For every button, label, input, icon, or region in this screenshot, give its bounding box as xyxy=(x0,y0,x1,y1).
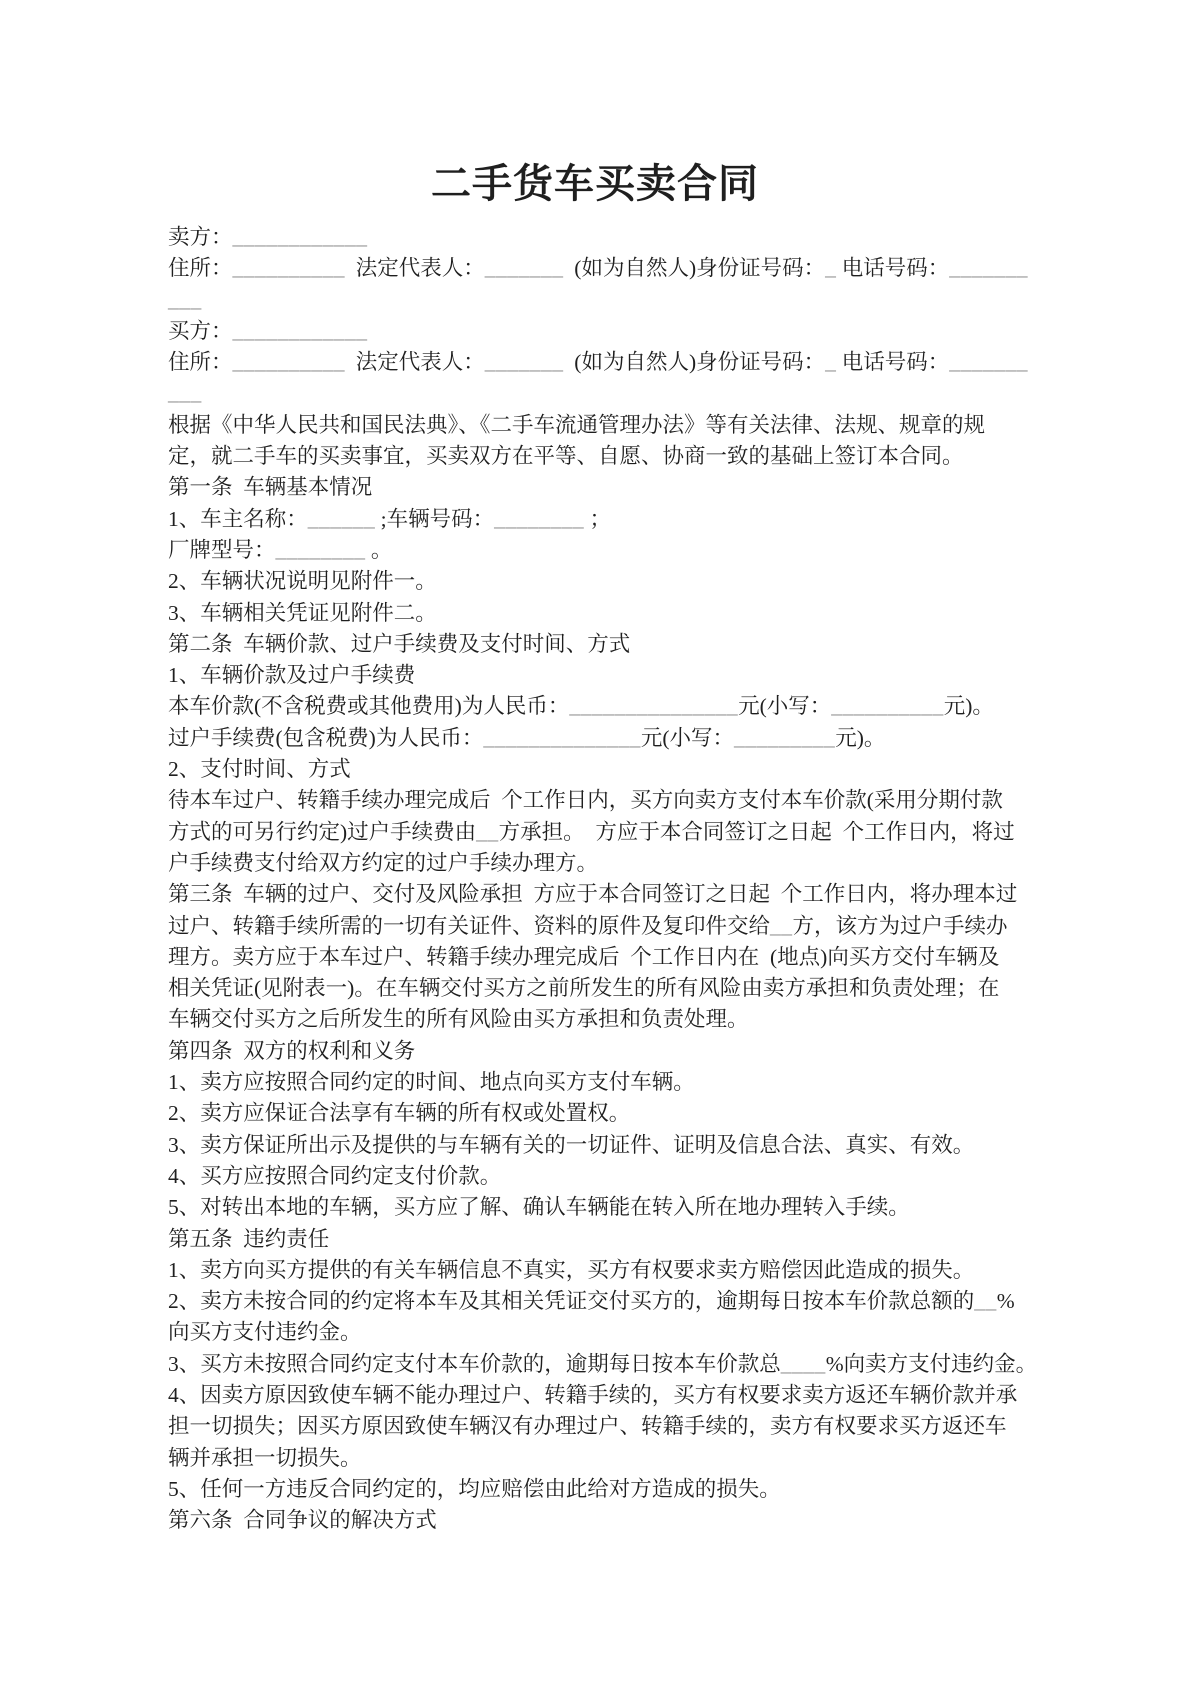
contract-line: 第六条 合同争议的解决方式 xyxy=(168,1505,1068,1536)
text-segment: 电话号码： xyxy=(836,350,949,374)
contract-line: 5、任何一方违反合同约定的，均应赔偿由此给对方造成的损失。 xyxy=(168,1474,1068,1505)
text-segment: 3、卖方保证所出示及提供的与车辆有关的一切证件、证明及信息合法、真实、有效。 xyxy=(168,1133,974,1157)
text-segment: 第三条 车辆的过户、交付及风险承担 方应于本合同签订之日起 个工作日内，将办理本… xyxy=(168,882,1017,906)
contract-line: 第四条 双方的权利和义务 xyxy=(168,1036,1068,1067)
text-segment: 第六条 合同争议的解决方式 xyxy=(168,1508,437,1532)
fill-in-blank: ____________ xyxy=(233,225,368,249)
contract-line: 理方。卖方应于本车过户、转籍手续办理完成后 个工作日内在 (地点)向买方交付车辆… xyxy=(168,942,1068,973)
contract-line: ___ xyxy=(168,378,1068,409)
text-segment: (如为自然人)身份证号码： xyxy=(564,256,826,280)
contract-line: 过户手续费(包含税费)为人民币：______________元(小写：_____… xyxy=(168,723,1068,754)
text-segment: ;车辆号码： xyxy=(375,507,494,531)
contract-line: 住所：__________ 法定代表人：_______ (如为自然人)身份证号码… xyxy=(168,347,1068,378)
contract-line: 1、车主名称：______ ;车辆号码：________ ； xyxy=(168,504,1068,535)
contract-line: 第二条 车辆价款、过户手续费及支付时间、方式 xyxy=(168,629,1068,660)
fill-in-blank: __________ xyxy=(233,256,346,280)
text-segment: (如为自然人)身份证号码： xyxy=(564,350,826,374)
text-segment: 3、买方未按照合同约定支付本车价款的，逾期每日按本车价款总 xyxy=(168,1352,781,1376)
text-segment: 元(小写： xyxy=(641,726,734,750)
contract-line: 第三条 车辆的过户、交付及风险承担 方应于本合同签订之日起 个工作日内，将办理本… xyxy=(168,879,1068,910)
text-segment: 第二条 车辆价款、过户手续费及支付时间、方式 xyxy=(168,632,630,656)
fill-in-blank: __ xyxy=(974,1289,997,1313)
contract-line: 5、对转出本地的车辆，买方应了解、确认车辆能在转入所在地办理转入手续。 xyxy=(168,1192,1068,1223)
text-segment: 2、车辆状况说明见附件一。 xyxy=(168,569,437,593)
text-segment: 法定代表人： xyxy=(345,350,485,374)
document-body: 卖方：____________住所：__________ 法定代表人：_____… xyxy=(168,222,1068,1536)
text-segment: 电话号码： xyxy=(836,256,949,280)
text-segment: 5、对转出本地的车辆，买方应了解、确认车辆能在转入所在地办理转入手续。 xyxy=(168,1195,910,1219)
fill-in-blank: __________ xyxy=(233,350,346,374)
text-segment: 过户手续费(包含税费)为人民币： xyxy=(168,726,483,750)
fill-in-blank: _________ xyxy=(734,726,835,750)
fill-in-blank: __________ xyxy=(831,694,944,718)
text-segment: 买方： xyxy=(168,319,233,343)
fill-in-blank: ________ xyxy=(494,507,584,531)
fill-in-blank: _______________ xyxy=(569,694,738,718)
fill-in-blank: ______________ xyxy=(483,726,641,750)
fill-in-blank: __ xyxy=(770,914,793,938)
text-segment: 方，该方为过户手续办 xyxy=(793,914,1008,938)
contract-line: 定，就二手车的买卖事宜，买卖双方在平等、自愿、协商一致的基础上签订本合同。 xyxy=(168,441,1068,472)
text-segment: 1、车主名称： xyxy=(168,507,308,531)
contract-line: 第一条 车辆基本情况 xyxy=(168,472,1068,503)
text-segment: 5、任何一方违反合同约定的，均应赔偿由此给对方造成的损失。 xyxy=(168,1477,781,1501)
text-segment: 住所： xyxy=(168,350,233,374)
contract-line: 2、支付时间、方式 xyxy=(168,754,1068,785)
text-segment: 元)。 xyxy=(835,726,885,750)
contract-line: 第五条 违约责任 xyxy=(168,1224,1068,1255)
text-segment: 4、因卖方原因致使车辆不能办理过户、转籍手续的，买方有权要求卖方返还车辆价款并承 xyxy=(168,1383,1017,1407)
contract-line: ___ xyxy=(168,285,1068,316)
contract-line: 卖方：____________ xyxy=(168,222,1068,253)
text-segment: 过户、转籍手续所需的一切有关证件、资料的原件及复印件交给 xyxy=(168,914,770,938)
fill-in-blank: _______ xyxy=(485,350,564,374)
text-segment: 2、卖方应保证合法享有车辆的所有权或处置权。 xyxy=(168,1101,630,1125)
text-segment: 1、卖方应按照合同约定的时间、地点向买方支付车辆。 xyxy=(168,1070,695,1094)
text-segment: 法定代表人： xyxy=(345,256,485,280)
text-segment: % xyxy=(997,1289,1015,1313)
contract-line: 根据《中华人民共和国民法典》、《二手车流通管理办法》等有关法律、法规、规章的规 xyxy=(168,410,1068,441)
contract-line: 2、车辆状况说明见附件一。 xyxy=(168,566,1068,597)
text-segment: %向卖方支付违约金。 xyxy=(826,1352,1037,1376)
fill-in-blank: _______ xyxy=(485,256,564,280)
contract-line: 3、卖方保证所出示及提供的与车辆有关的一切证件、证明及信息合法、真实、有效。 xyxy=(168,1130,1068,1161)
text-segment: 厂牌型号： xyxy=(168,538,276,562)
text-segment: 方承担。 方应于本合同签订之日起 个工作日内，将过 xyxy=(499,820,1015,844)
text-segment: 4、买方应按照合同约定支付价款。 xyxy=(168,1164,501,1188)
fill-in-blank: ___ xyxy=(168,288,202,312)
contract-line: 车辆交付买方之后所发生的所有风险由买方承担和负责处理。 xyxy=(168,1004,1068,1035)
contract-line: 1、车辆价款及过户手续费 xyxy=(168,660,1068,691)
fill-in-blank: _ xyxy=(825,256,836,280)
fill-in-blank: ______ xyxy=(308,507,376,531)
text-segment: 元(小写： xyxy=(738,694,831,718)
contract-line: 过户、转籍手续所需的一切有关证件、资料的原件及复印件交给__方，该方为过户手续办 xyxy=(168,911,1068,942)
document-title: 二手货车买卖合同 xyxy=(0,0,1190,208)
text-segment: 元)。 xyxy=(944,694,994,718)
contract-line: 待本车过户、转籍手续办理完成后 个工作日内，买方向卖方支付本车价款(采用分期付款 xyxy=(168,785,1068,816)
text-segment: 2、支付时间、方式 xyxy=(168,757,351,781)
contract-line: 向买方支付违约金。 xyxy=(168,1317,1068,1348)
contract-line: 相关凭证(见附表一)。在车辆交付买方之前所发生的所有风险由卖方承担和负责处理；在 xyxy=(168,973,1068,1004)
contract-line: 3、车辆相关凭证见附件二。 xyxy=(168,598,1068,629)
text-segment: 1、卖方向买方提供的有关车辆信息不真实，买方有权要求卖方赔偿因此造成的损失。 xyxy=(168,1258,974,1282)
contract-line: 4、买方应按照合同约定支付价款。 xyxy=(168,1161,1068,1192)
fill-in-blank: _______ xyxy=(949,350,1028,374)
contract-page: 二手货车买卖合同 卖方：____________住所：__________ 法定… xyxy=(0,0,1190,1683)
text-segment: 第四条 双方的权利和义务 xyxy=(168,1039,415,1063)
fill-in-blank: __ xyxy=(476,820,499,844)
contract-line: 厂牌型号：________ 。 xyxy=(168,535,1068,566)
text-segment: 第五条 违约责任 xyxy=(168,1227,329,1251)
contract-line: 方式的可另行约定)过户手续费由__方承担。 方应于本合同签订之日起 个工作日内，… xyxy=(168,817,1068,848)
text-segment: 。 xyxy=(366,538,393,562)
text-segment: 相关凭证(见附表一)。在车辆交付买方之前所发生的所有风险由卖方承担和负责处理；在 xyxy=(168,976,999,1000)
contract-line: 住所：__________ 法定代表人：_______ (如为自然人)身份证号码… xyxy=(168,253,1068,284)
fill-in-blank: _______ xyxy=(949,256,1028,280)
fill-in-blank: ____________ xyxy=(233,319,368,343)
contract-line: 1、卖方应按照合同约定的时间、地点向买方支付车辆。 xyxy=(168,1067,1068,1098)
text-segment: ； xyxy=(584,507,611,531)
text-segment: 向买方支付违约金。 xyxy=(168,1320,362,1344)
contract-line: 本车价款(不含税费或其他费用)为人民币：_______________元(小写：… xyxy=(168,691,1068,722)
contract-line: 2、卖方应保证合法享有车辆的所有权或处置权。 xyxy=(168,1098,1068,1129)
contract-line: 3、买方未按照合同约定支付本车价款的，逾期每日按本车价款总____%向卖方支付违… xyxy=(168,1349,1068,1380)
text-segment: 本车价款(不含税费或其他费用)为人民币： xyxy=(168,694,569,718)
text-segment: 1、车辆价款及过户手续费 xyxy=(168,663,415,687)
text-segment: 理方。卖方应于本车过户、转籍手续办理完成后 个工作日内在 (地点)向买方交付车辆… xyxy=(168,945,999,969)
text-segment: 辆并承担一切损失。 xyxy=(168,1446,362,1470)
text-segment: 3、车辆相关凭证见附件二。 xyxy=(168,601,437,625)
fill-in-blank: ___ xyxy=(168,381,202,405)
text-segment: 卖方： xyxy=(168,225,233,249)
text-segment: 根据《中华人民共和国民法典》、《二手车流通管理办法》等有关法律、法规、规章的规 xyxy=(168,413,985,437)
fill-in-blank: ____ xyxy=(781,1352,826,1376)
text-segment: 车辆交付买方之后所发生的所有风险由买方承担和负责处理。 xyxy=(168,1007,749,1031)
contract-line: 1、卖方向买方提供的有关车辆信息不真实，买方有权要求卖方赔偿因此造成的损失。 xyxy=(168,1255,1068,1286)
text-segment: 担一切损失；因买方原因致使车辆汉有办理过户、转籍手续的，卖方有权要求买方返还车 xyxy=(168,1414,1007,1438)
contract-line: 2、卖方未按合同的约定将本车及其相关凭证交付买方的，逾期每日按本车价款总额的__… xyxy=(168,1286,1068,1317)
fill-in-blank: _ xyxy=(825,350,836,374)
contract-line: 买方：____________ xyxy=(168,316,1068,347)
text-segment: 户手续费支付给双方约定的过户手续办理方。 xyxy=(168,851,598,875)
contract-line: 辆并承担一切损失。 xyxy=(168,1443,1068,1474)
contract-line: 4、因卖方原因致使车辆不能办理过户、转籍手续的，买方有权要求卖方返还车辆价款并承 xyxy=(168,1380,1068,1411)
text-segment: 方式的可另行约定)过户手续费由 xyxy=(168,820,476,844)
contract-line: 户手续费支付给双方约定的过户手续办理方。 xyxy=(168,848,1068,879)
text-segment: 第一条 车辆基本情况 xyxy=(168,475,372,499)
fill-in-blank: ________ xyxy=(276,538,366,562)
contract-line: 担一切损失；因买方原因致使车辆汉有办理过户、转籍手续的，卖方有权要求买方返还车 xyxy=(168,1411,1068,1442)
text-segment: 定，就二手车的买卖事宜，买卖双方在平等、自愿、协商一致的基础上签订本合同。 xyxy=(168,444,964,468)
text-segment: 2、卖方未按合同的约定将本车及其相关凭证交付买方的，逾期每日按本车价款总额的 xyxy=(168,1289,974,1313)
text-segment: 住所： xyxy=(168,256,233,280)
text-segment: 待本车过户、转籍手续办理完成后 个工作日内，买方向卖方支付本车价款(采用分期付款 xyxy=(168,788,1003,812)
